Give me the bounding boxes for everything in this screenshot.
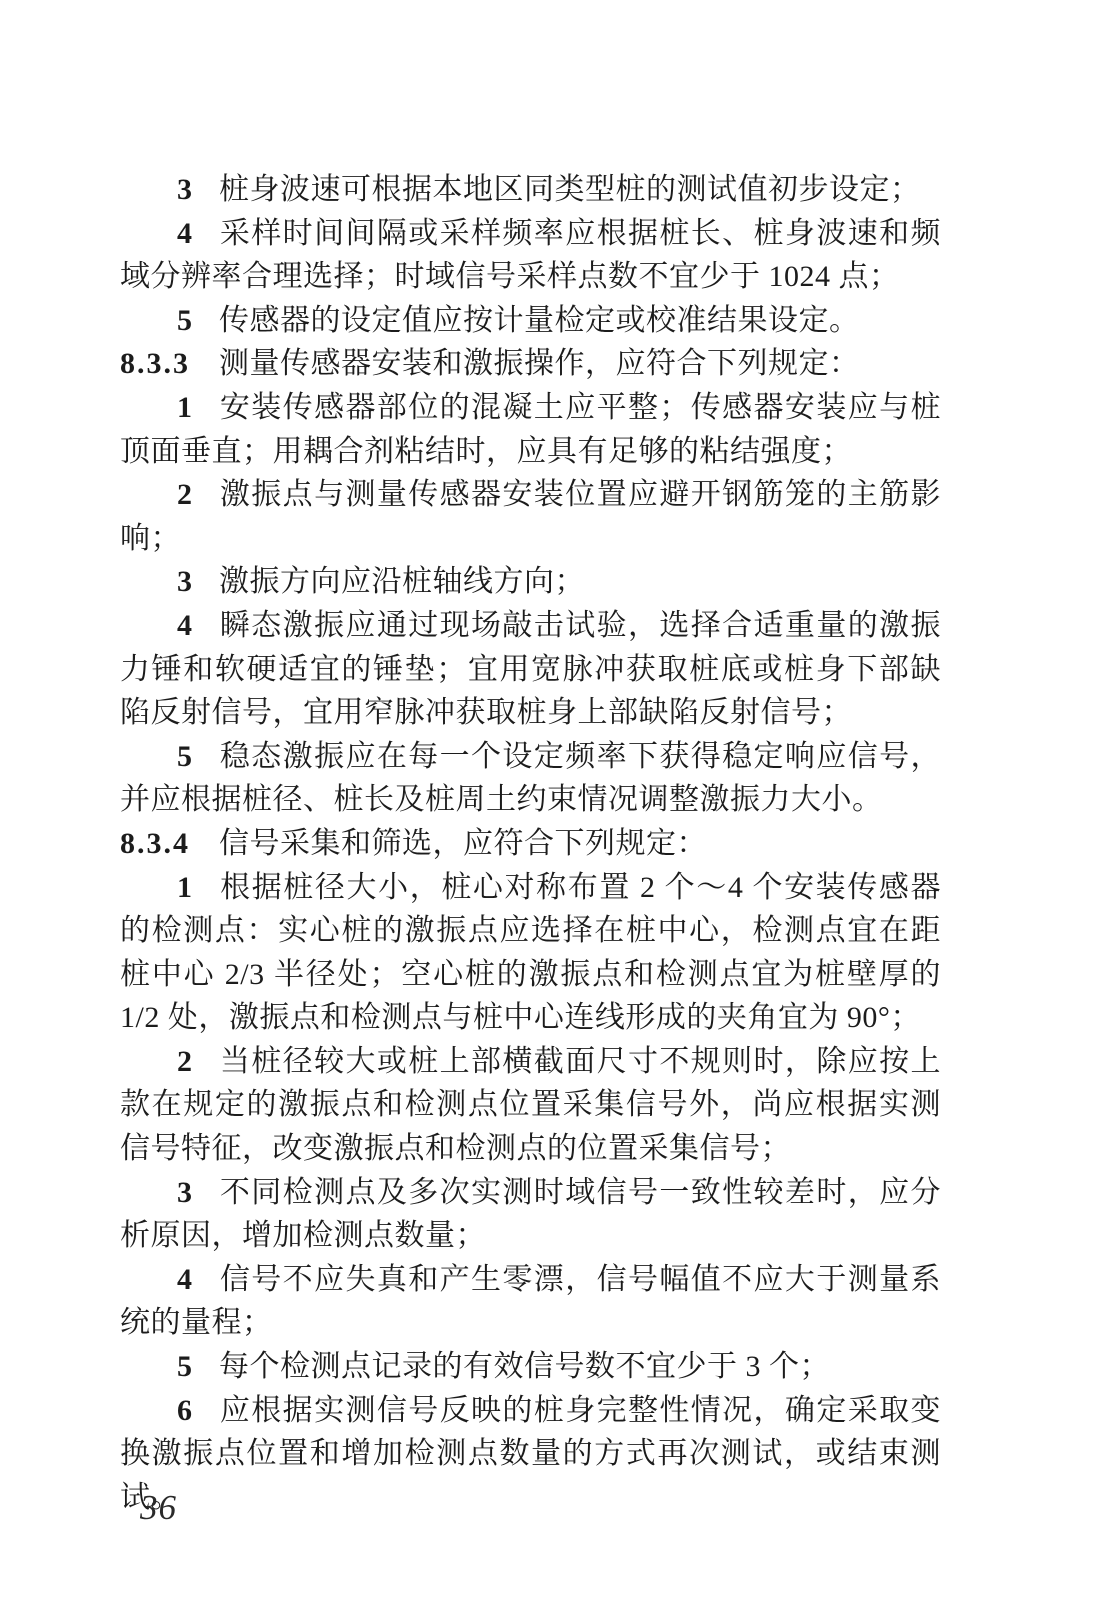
- page-number: 36: [140, 1488, 177, 1528]
- clause-number: 8.3.3: [120, 347, 190, 380]
- clause-body-text: 采样时间间隔或采样频率应根据桩长、桩身波速和频域分辨率合理选择；时域信号采样点数…: [120, 217, 941, 294]
- item-number: 4: [177, 1263, 192, 1296]
- clause-body-text: 激振点与测量传感器安装位置应避开钢筋笼的主筋影响；: [120, 478, 941, 555]
- clause-body-text: 瞬态激振应通过现场敲击试验，选择合适重量的激振力锤和软硬适宜的锤垫；宜用宽脉冲获…: [120, 609, 941, 729]
- item-number: 5: [177, 740, 192, 773]
- clause-body-text: 信号采集和筛选，应符合下列规定：: [219, 827, 707, 860]
- item-number: 4: [177, 609, 192, 642]
- clause-body-text: 不同检测点及多次实测时域信号一致性较差时，应分析原因，增加检测点数量；: [120, 1176, 941, 1253]
- clause-body-text: 当桩径较大或桩上部横截面尺寸不规则时，除应按上款在规定的激振点和检测点位置采集信…: [120, 1045, 941, 1165]
- clause-item: 2当桩径较大或桩上部横截面尺寸不规则时，除应按上款在规定的激振点和检测点位置采集…: [120, 1040, 941, 1171]
- clause-body-text: 安装传感器部位的混凝土应平整；传感器安装应与桩顶面垂直；用耦合剂粘结时，应具有足…: [120, 391, 941, 468]
- item-number: 2: [177, 478, 192, 511]
- item-number: 6: [177, 1394, 192, 1427]
- clause-body-text: 根据桩径大小，桩心对称布置 2 个～4 个安装传感器的检测点：实心桩的激振点应选…: [120, 871, 941, 1035]
- clause-item: 5每个检测点记录的有效信号数不宜少于 3 个；: [120, 1345, 941, 1389]
- item-number: 1: [177, 391, 192, 424]
- clause-body-text: 信号不应失真和产生零漂，信号幅值不应大于测量系统的量程；: [120, 1263, 941, 1340]
- clause-body-text: 传感器的设定值应按计量检定或校准结果设定。: [219, 304, 860, 337]
- clause-item: 4信号不应失真和产生零漂，信号幅值不应大于测量系统的量程；: [120, 1258, 941, 1345]
- clause-item: 1安装传感器部位的混凝土应平整；传感器安装应与桩顶面垂直；用耦合剂粘结时，应具有…: [120, 386, 941, 473]
- clause-body-text: 测量传感器安装和激振操作，应符合下列规定：: [219, 347, 860, 380]
- document-page: 3桩身波速可根据本地区同类型桩的测试值初步设定；4采样时间间隔或采样频率应根据桩…: [0, 0, 1103, 1598]
- clause-item: 3桩身波速可根据本地区同类型桩的测试值初步设定；: [120, 168, 941, 212]
- item-number: 5: [177, 304, 192, 337]
- clause-item: 5传感器的设定值应按计量检定或校准结果设定。: [120, 299, 941, 343]
- clause-body-text: 激振方向应沿桩轴线方向；: [219, 565, 585, 598]
- clause-body-text: 稳态激振应在每一个设定频率下获得稳定响应信号，并应根据桩径、桩长及桩周土约束情况…: [120, 740, 941, 817]
- item-number: 5: [177, 1350, 192, 1383]
- clause-heading: 8.3.4信号采集和筛选，应符合下列规定：: [120, 822, 941, 866]
- clause-body-text: 桩身波速可根据本地区同类型桩的测试值初步设定；: [219, 173, 921, 206]
- clause-item: 4瞬态激振应通过现场敲击试验，选择合适重量的激振力锤和软硬适宜的锤垫；宜用宽脉冲…: [120, 604, 941, 735]
- item-number: 1: [177, 871, 192, 904]
- item-number: 3: [177, 173, 192, 206]
- clause-item: 3不同检测点及多次实测时域信号一致性较差时，应分析原因，增加检测点数量；: [120, 1171, 941, 1258]
- clause-item: 2激振点与测量传感器安装位置应避开钢筋笼的主筋影响；: [120, 473, 941, 560]
- clause-item: 1根据桩径大小，桩心对称布置 2 个～4 个安装传感器的检测点：实心桩的激振点应…: [120, 866, 941, 1040]
- clause-item: 3激振方向应沿桩轴线方向；: [120, 560, 941, 604]
- clause-body-text: 应根据实测信号反映的桩身完整性情况，确定采取变换激振点位置和增加检测点数量的方式…: [120, 1394, 941, 1514]
- clause-number: 8.3.4: [120, 827, 190, 860]
- clause-text-block: 3桩身波速可根据本地区同类型桩的测试值初步设定；4采样时间间隔或采样频率应根据桩…: [120, 168, 941, 1519]
- item-number: 3: [177, 565, 192, 598]
- clause-item: 4采样时间间隔或采样频率应根据桩长、桩身波速和频域分辨率合理选择；时域信号采样点…: [120, 212, 941, 299]
- clause-heading: 8.3.3测量传感器安装和激振操作，应符合下列规定：: [120, 342, 941, 386]
- item-number: 2: [177, 1045, 192, 1078]
- item-number: 3: [177, 1176, 192, 1209]
- item-number: 4: [177, 217, 192, 250]
- clause-item: 6应根据实测信号反映的桩身完整性情况，确定采取变换激振点位置和增加检测点数量的方…: [120, 1389, 941, 1520]
- clause-item: 5稳态激振应在每一个设定频率下获得稳定响应信号，并应根据桩径、桩长及桩周土约束情…: [120, 735, 941, 822]
- clause-body-text: 每个检测点记录的有效信号数不宜少于 3 个；: [219, 1350, 830, 1383]
